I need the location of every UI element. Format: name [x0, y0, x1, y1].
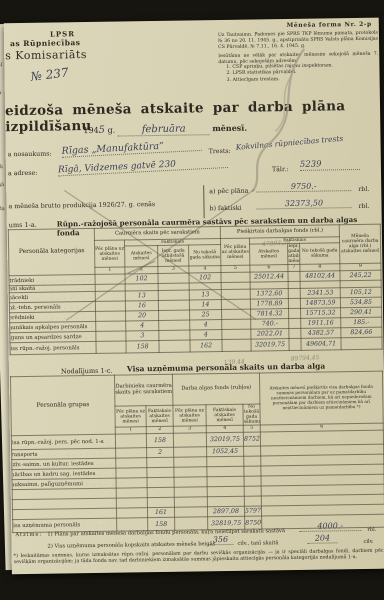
date-line: 1945 g. februāra mēnesī. [83, 123, 247, 137]
cell-value: 158 [146, 433, 173, 447]
cell-value: 185.- [341, 317, 382, 328]
col-header-categories: Personāla kategorijas [8, 228, 95, 275]
col-header-prev-year: Iepr. gada atbilstošā mēnesī [158, 245, 189, 267]
cell-value [222, 309, 251, 319]
col-header-actual: Faktiskais atskaites mēnesī [146, 405, 173, 427]
address-label: a adrese: [8, 170, 37, 177]
cell-value: 158 [148, 517, 175, 530]
cell-value: 102 [125, 274, 158, 284]
cell-value: 32019,75 [206, 432, 243, 447]
cell-value [207, 496, 244, 507]
cell-value [116, 488, 147, 498]
cell-value: 1052,45 [207, 446, 244, 457]
row-label: viss rūpn.-ražoj. personāls . . . . . . … [10, 342, 96, 355]
org-line-3: s Komisariāts [5, 48, 87, 62]
month-word: mēnesī. [212, 123, 247, 134]
cell-value [96, 331, 126, 341]
cell-value: 1372,60 [250, 289, 288, 300]
edge-text-fragment: dal [0, 62, 2, 68]
leader-dots: . . . . . . . . . . [35, 285, 95, 291]
col-header-plan: Pēc plāna uz atskaites mēnesi [94, 240, 124, 268]
cell-value [207, 486, 244, 497]
cell-value [116, 478, 147, 488]
cell-value: 1911,16 [301, 318, 341, 329]
cell-value [158, 273, 189, 283]
handwritten-trests-value: Kokvilnas rūpniecības trests [235, 132, 380, 152]
col-header-actual: Faktiskais atskaites mēnesī [206, 404, 243, 426]
leader-dots: . . . . . . . . . . [104, 437, 116, 443]
fact-unit: rbl. [358, 203, 369, 210]
cell-value [222, 329, 251, 339]
form-page: LPSR as Rūpniecības s Komisariāts № 237 … [4, 18, 384, 575]
table-1a: Personāla kategorijas Caurmēra skaits pē… [8, 224, 383, 356]
edge-text-fragment: ga [0, 90, 2, 96]
phone-label: Tālr.: [272, 166, 289, 173]
cell-value: 87524,48 [243, 432, 260, 446]
col-header-avg-wage: Mēneša caurmēra darba alga (rbl.) atskai… [339, 224, 381, 264]
handwritten-company-name: Rīgas „Manufaktūra” [61, 139, 201, 158]
leader-dots: . . . . . . . . . . [80, 521, 117, 527]
year-g: g. [107, 126, 115, 135]
cell-value [288, 272, 300, 282]
row-label: visa rūpn.-ražoj. pers. pēc nod. 1-a . .… [11, 434, 115, 450]
cell-value: 25 [190, 310, 222, 320]
form-header-right: Mēneša forma Nr. 2-p Uz Tautsaimn. Padom… [218, 21, 379, 84]
col-group-count: Darbinieku caurmēra skaits pēc sarakstie… [114, 374, 172, 406]
leader-dots: . . . . . . . . . . [79, 344, 96, 350]
plan-unit: rbl. [358, 186, 369, 193]
plan-label: a) pēc plāna [209, 188, 248, 196]
leader-dots: . . . . . . . . . . [95, 470, 116, 476]
note-2-mid: cilv., tanī skaitā [237, 540, 278, 547]
handwritten-note1-value: 4000.- [299, 521, 361, 532]
cell-value [116, 458, 147, 468]
col-header-ytd: No tekošā gada sākuma [243, 404, 260, 425]
fact-label: b) faktiski [209, 205, 241, 212]
cell-value [221, 272, 250, 282]
cell-value [289, 319, 301, 329]
cell-value: 16 [125, 301, 158, 311]
note-heading: Atzīme: [15, 532, 42, 538]
cell-value [96, 341, 126, 353]
cell-value [158, 290, 189, 300]
cell-value: 245,22 [340, 270, 381, 281]
cell-value [173, 433, 206, 447]
cell-value [207, 466, 244, 477]
cell-value [174, 497, 207, 507]
cell-value: 14873,59 [300, 298, 340, 309]
cell-value [341, 337, 382, 350]
cell-value: 14 [189, 300, 221, 310]
edge-text-fragment: da [0, 206, 5, 212]
cell-value [244, 486, 261, 496]
cell-value: 3 [126, 331, 159, 341]
col-header-ytd: No tekošā gada sākuma [300, 243, 340, 265]
cell-value [116, 468, 147, 478]
form-number-label: Mēneša forma Nr. 2-p [218, 21, 378, 30]
col-header-report-month: Atskaites mēnesī [125, 246, 158, 268]
cell-value: 25012,44 [250, 272, 288, 283]
cell-value [244, 466, 261, 476]
cell-value: 4 [190, 330, 222, 340]
cell-value: 32019,75 [251, 339, 289, 352]
cell-value: 824,66 [341, 327, 382, 338]
cell-value [159, 310, 190, 320]
cell-value: 48102,44 [300, 271, 340, 282]
handwritten-note2-value: 356 [207, 535, 233, 545]
cell-value [289, 329, 301, 339]
cell-value [174, 477, 207, 487]
cell-value [174, 467, 207, 477]
col-header-plan: Pēc plāna uz atskaites mēnesi [173, 405, 206, 427]
cell-value: 13 [189, 290, 221, 300]
cell-value [159, 330, 190, 340]
cell-value: 4382,57 [301, 328, 341, 339]
cell-value [116, 498, 147, 508]
cell-value [174, 507, 207, 517]
production-label: a mēneša brutto produkcija 1926/27. g. c… [8, 200, 203, 210]
handwritten-address: Rīgā, Vidzemes gatvē 230 [58, 157, 228, 176]
cell-value [159, 340, 190, 352]
cell-value [95, 274, 125, 284]
cell-value [147, 487, 174, 497]
cell-value: 4 [126, 321, 159, 331]
cell-value: 15715,32 [301, 308, 341, 319]
cell-value: 534,85 [340, 297, 381, 308]
cell-value [289, 309, 301, 319]
cell-value [115, 434, 146, 448]
leader-dots: . . . . . . . . . . [38, 450, 104, 456]
cell-value: 7814,32 [251, 309, 289, 320]
cell-value: 1778,89 [250, 299, 288, 310]
leader-dots: . . . . . . . . . . [83, 480, 116, 486]
cell-value [222, 319, 251, 329]
cell-value [174, 457, 207, 467]
cell-value: 102 [189, 273, 221, 283]
cell-value: 2897,08 [207, 506, 244, 517]
org-line-1: LPSR [50, 29, 75, 38]
leader-dots: . . . . . . . . . . [94, 460, 116, 466]
note-2-text: 2) Viss uzņēmuma personāla kopskaits ats… [47, 541, 215, 549]
cell-value: 290,41 [341, 307, 382, 318]
handwritten-month: februāra [118, 123, 210, 136]
cell-value: 740.- [251, 319, 289, 330]
col-header-groups: Personāla grupas [10, 375, 115, 436]
cell-value [289, 339, 301, 351]
printed-year: 194 [83, 126, 98, 135]
cell-value [116, 508, 147, 518]
cell-value [288, 299, 300, 309]
cell-value: 20 [126, 311, 159, 321]
handwritten-plan-value: 9750.- [256, 181, 351, 192]
handwritten-doc-number: № 237 [30, 65, 69, 83]
cell-value [288, 289, 300, 299]
approval-paragraph: Uz Tautsaimn. Padomes pie SPRS TKP lēmum… [218, 31, 378, 51]
cell-value [244, 446, 261, 456]
cell-value [174, 487, 207, 497]
cell-value: 158 [126, 341, 159, 353]
cell-value [222, 339, 251, 351]
handwritten-phone: 5239 [300, 159, 360, 171]
cell-value: 87504,48 [245, 516, 262, 529]
name-label: a nosaukums: [8, 151, 52, 159]
scan-background: dal ga sk gā da LPSR as Rūpniecības s Ko… [0, 0, 384, 600]
cell-value: 5797,15 [244, 506, 261, 516]
cell-value [159, 320, 190, 330]
divider-line [203, 185, 204, 218]
cell-value [158, 300, 189, 310]
cell-value: 2341,53 [300, 288, 340, 299]
col-header-extra-sums: Atskaites mēnesī piešķirtās visa darbalg… [259, 371, 383, 425]
cell-value [147, 477, 174, 487]
col-header-plan: Pēc plāna uz atskaites mēnesi [115, 406, 146, 428]
cell-value [95, 291, 125, 301]
cell-value [95, 301, 125, 311]
cell-value [244, 496, 261, 506]
table-1c: Personāla grupas Darbinieku caurmēra ska… [10, 371, 384, 534]
cell-value [174, 447, 207, 457]
note-2-unit: cilv. [363, 539, 373, 545]
cell-value: 4 [190, 320, 222, 330]
col-group-fund: Darba algas fonds (rubļos) [172, 373, 259, 405]
col-header-plan: Pēc plāna uz atskaites mēnesi [221, 238, 250, 266]
cell-value [207, 476, 244, 487]
footnote-text: *) Ieskaitāmas summas, kuras izmaksātas … [14, 549, 384, 566]
cell-value: 2022,01 [251, 329, 289, 340]
cell-value [221, 299, 250, 309]
leader-dots: . . . . . . . . . . [61, 303, 96, 309]
edge-text-fragment: gā [0, 182, 4, 188]
cell-value [116, 448, 147, 458]
cell-value [147, 497, 174, 507]
cell-value: 49604,71 [301, 338, 341, 351]
col-header-prev-year: Iepr. gada atbilstošā mēnesī [288, 243, 300, 264]
trests-label: Trests: [209, 148, 231, 155]
leader-dots: . . . . . . . . . . [28, 294, 94, 300]
leader-dots: . . . . . . . . . . [35, 314, 96, 320]
cell-value [96, 321, 126, 331]
org-line-2: as Rūpniecības [10, 38, 81, 48]
cell-value [244, 456, 261, 466]
cell-value [147, 457, 174, 467]
col-header-ytd: No tekošā gada sākuma [189, 245, 221, 267]
handwritten-fact-value: 32373,50 [256, 198, 351, 209]
leader-dots: . . . . . . . . . . [34, 277, 95, 283]
cell-value: 162 [190, 340, 222, 352]
leader-dots: . . . . . . . . . . [87, 323, 95, 329]
leader-dots: . . . . . . . . . . [82, 333, 96, 339]
handwritten-year-digit: 5 [99, 125, 106, 136]
note-1-unit: rbl. [367, 527, 376, 533]
cell-value: 2 [147, 447, 174, 457]
handwritten-note2-value2: 204 [307, 533, 337, 543]
cell-value: 161 [147, 507, 174, 517]
cell-value [207, 456, 244, 467]
cell-value [244, 476, 261, 486]
cell-value [96, 311, 126, 321]
cell-value: 105,12 [340, 287, 381, 298]
cell-value: 13 [125, 291, 158, 301]
edge-text-fragment: sk [0, 164, 3, 170]
cell-value [147, 467, 174, 477]
cell-value [221, 289, 250, 299]
